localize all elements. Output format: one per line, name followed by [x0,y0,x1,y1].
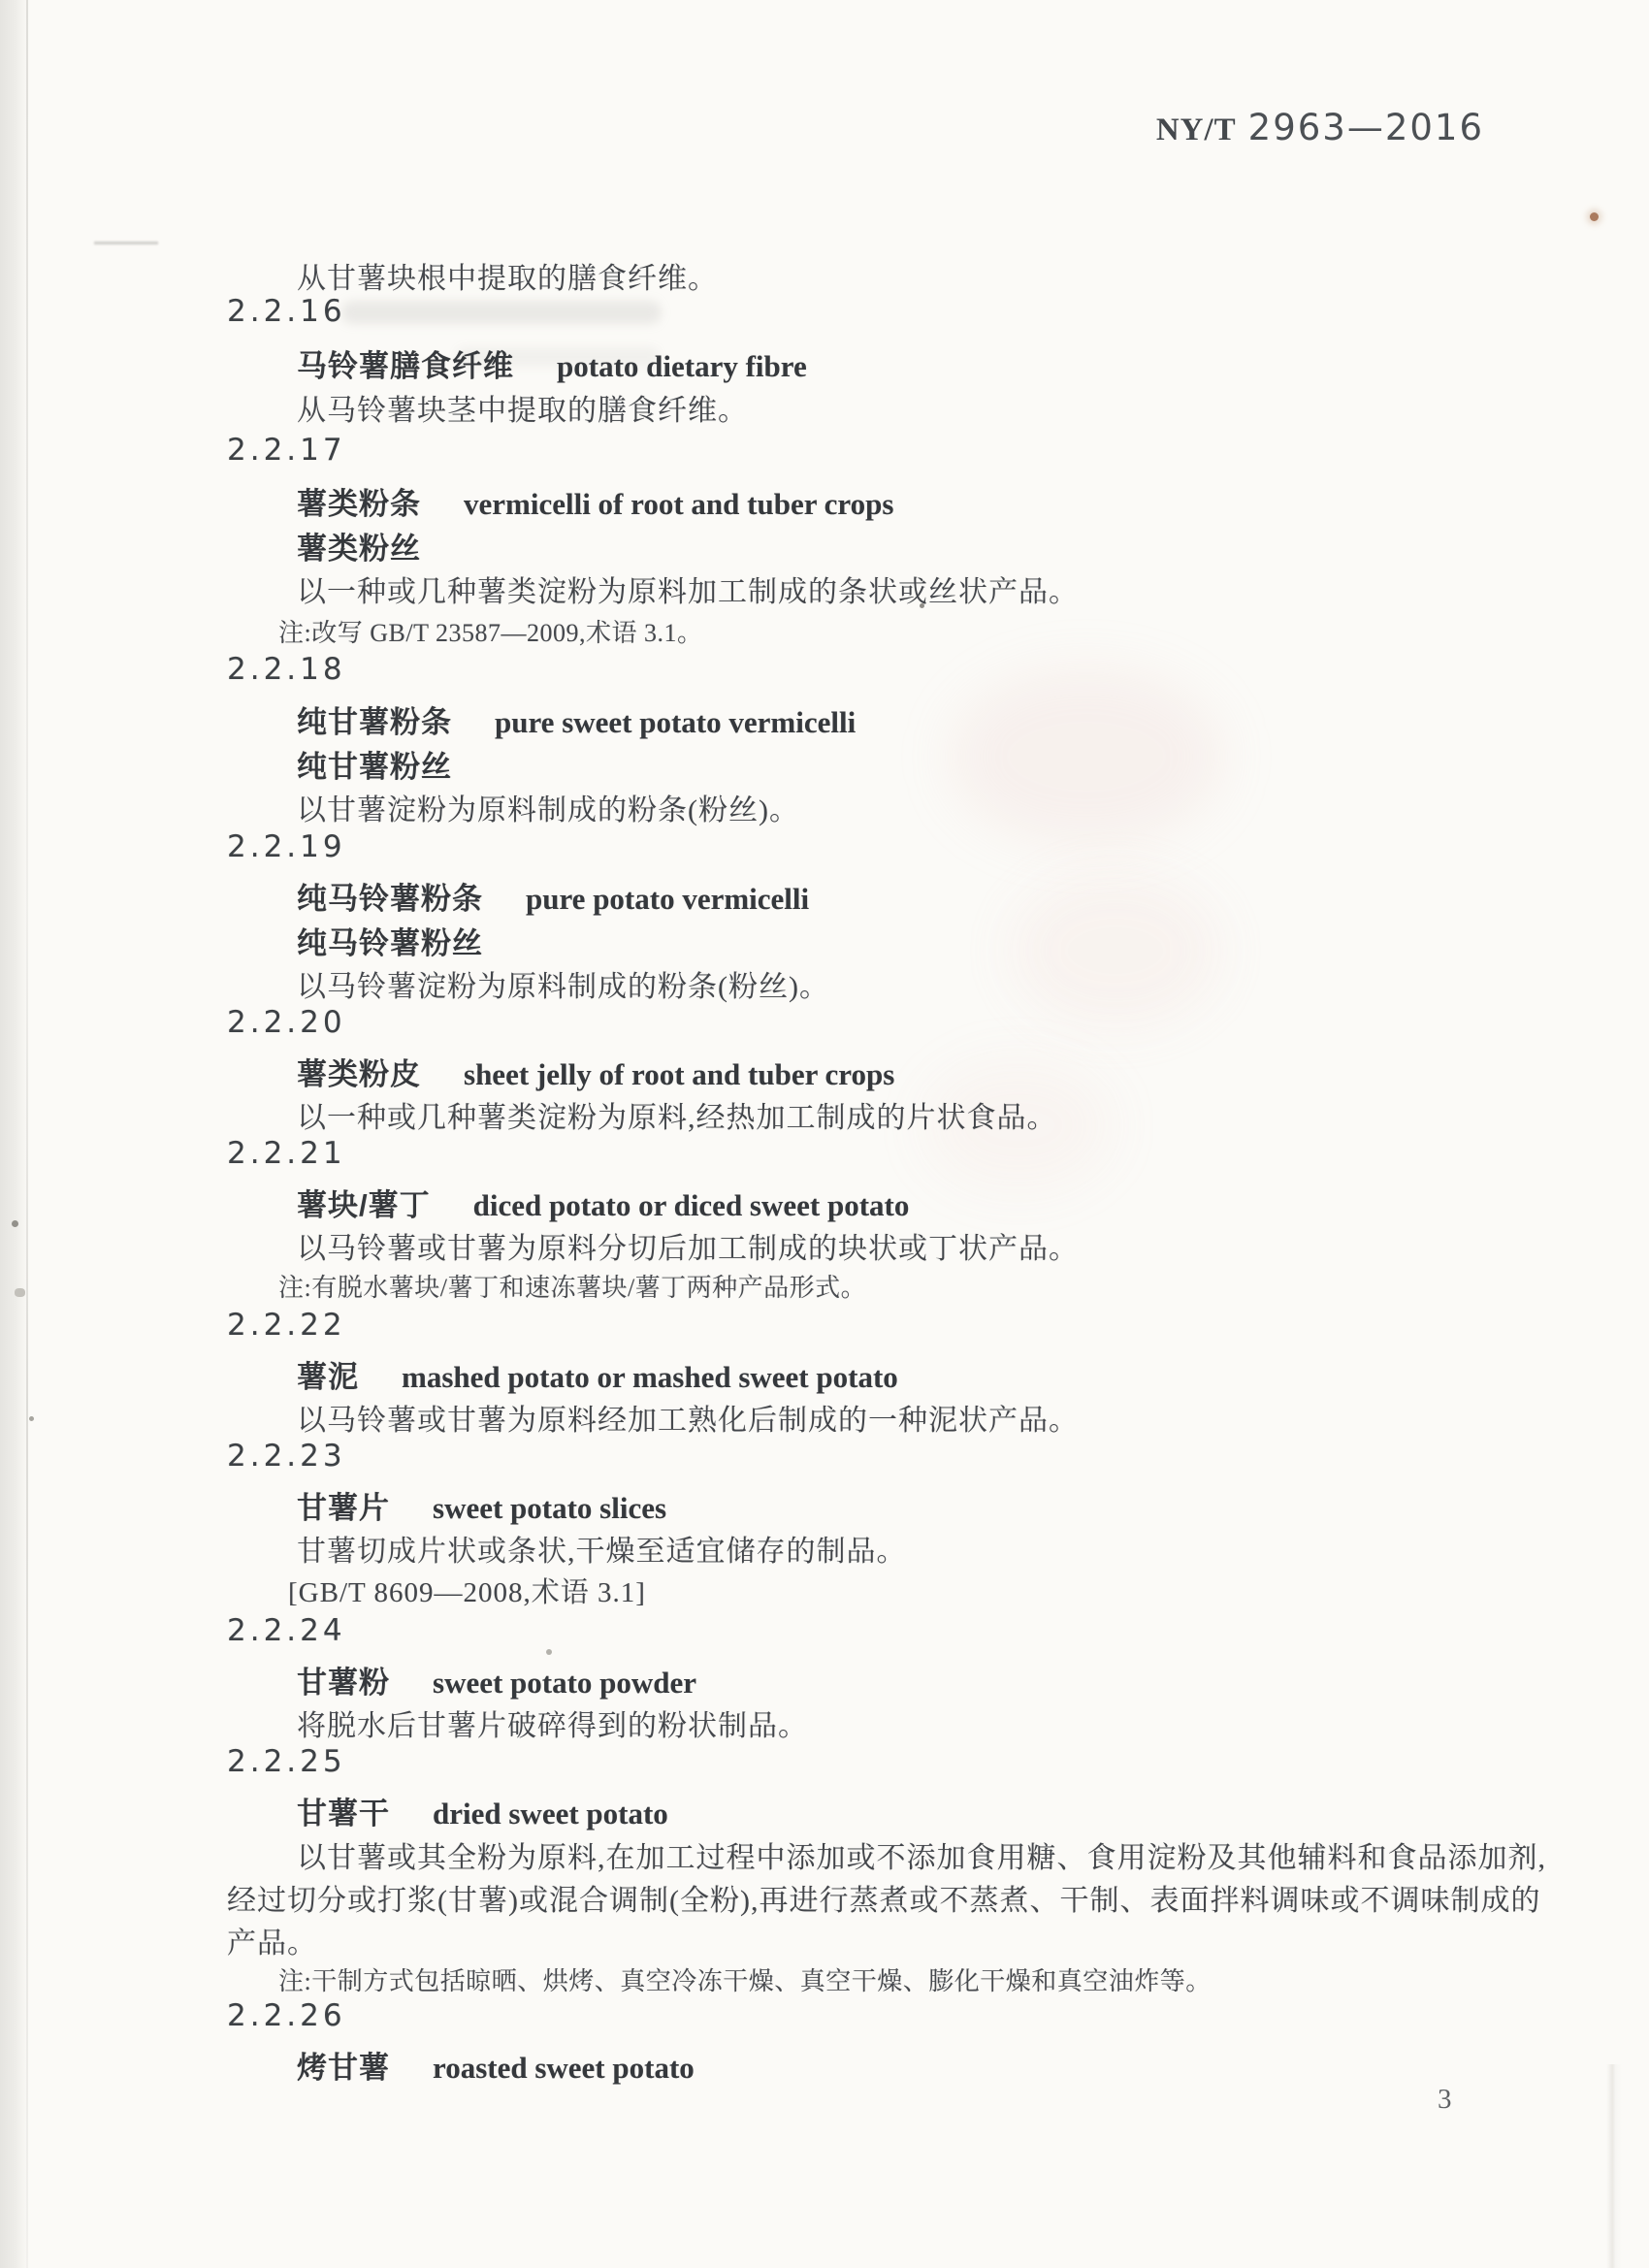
page-number: 3 [1438,2084,1452,2116]
scan-edge-left [0,0,29,2268]
section-number: 2.2.21 [227,1136,346,1171]
definition-line: 甘薯切成片状或条状,干燥至适宜储存的制品。 [297,1527,907,1570]
term-en: sweet potato powder [433,1666,696,1700]
stain-dot [1590,212,1599,221]
definition-line: 产品。 [227,1919,317,1961]
term-line: 薯泥mashed potato or mashed sweet potato [297,1352,898,1396]
term-zh: 烤甘薯 [297,2051,390,2085]
term-zh: 纯甘薯粉条 [297,705,452,739]
term-en: mashed potato or mashed sweet potato [402,1360,898,1394]
term-en: pure sweet potato vermicelli [495,705,856,739]
term-zh: 甘薯粉 [297,1666,390,1700]
term-line: 纯甘薯粉丝 [297,742,452,786]
term-zh: 薯块/薯丁 [297,1188,431,1222]
definition-line: 将脱水后甘薯片破碎得到的粉状制品。 [297,1701,808,1744]
term-zh: 薯类粉皮 [297,1057,421,1091]
section-number: 2.2.23 [227,1439,346,1474]
section-number: 2.2.19 [227,829,346,864]
term-en: sweet potato slices [433,1491,666,1525]
section-number: 2.2.17 [227,433,346,468]
term-line: 马铃薯膳食纤维potato dietary fibre [297,341,807,385]
standard-code-prefix: NY/T [1156,113,1237,147]
standard-code-header: NY/T2963—2016 [1156,107,1484,148]
term-zh: 纯马铃薯粉丝 [297,926,483,960]
reference-line: [GB/T 8609—2008,术语 3.1] [288,1571,646,1610]
term-zh: 薯类粉丝 [297,532,421,566]
definition-line: 以一种或几种薯类淀粉为原料加工制成的条状或丝状产品。 [297,567,1079,610]
bleed-through-smudge [1009,873,1222,1028]
scan-speck [29,1416,34,1421]
term-en: potato dietary fibre [557,349,807,383]
scan-speck [546,1649,552,1655]
scan-edge-right-bottom [1606,2064,1622,2268]
scan-speck [12,1220,18,1227]
definition-line: 以甘薯或其全粉为原料,在加工过程中添加或不添加食用糖、食用淀粉及其他辅料和食品添… [297,1833,1546,1876]
term-en: dried sweet potato [433,1797,668,1831]
term-line: 纯马铃薯粉丝 [297,919,483,962]
term-line: 烤甘薯roasted sweet potato [297,2043,695,2087]
term-en: sheet jelly of root and tuber crops [464,1057,894,1091]
definition-line: 以马铃薯或甘薯为原料分切后加工制成的块状或丁状产品。 [297,1224,1079,1267]
note-line: 注:干制方式包括晾晒、烘烤、真空冷冻干燥、真空干燥、膨化干燥和真空油炸等。 [278,1961,1212,1997]
definition-line: 以马铃薯淀粉为原料制成的粉条(粉丝)。 [297,962,829,1005]
term-line: 薯类粉条vermicelli of root and tuber crops [297,479,893,523]
note-line: 注:改写 GB/T 23587—2009,术语 3.1。 [278,613,702,649]
term-line: 纯马铃薯粉条pure potato vermicelli [297,874,809,918]
section-number: 2.2.22 [227,1308,346,1343]
section-number: 2.2.26 [227,1998,346,2033]
section-number: 2.2.18 [227,652,346,687]
term-zh: 甘薯干 [297,1797,390,1831]
term-line: 薯块/薯丁diced potato or diced sweet potato [297,1181,909,1224]
note-line: 注:有脱水薯块/薯丁和速冻薯块/薯丁两种产品形式。 [278,1268,866,1304]
term-line: 甘薯干dried sweet potato [297,1789,668,1832]
term-line: 纯甘薯粉条pure sweet potato vermicelli [297,697,856,741]
definition-line: 从马铃薯块茎中提取的膳食纤维。 [297,386,748,429]
scanned-document-page: NY/T2963—2016 从甘薯块根中提取的膳食纤维。2.2.16马铃薯膳食纤… [0,0,1649,2268]
definition-line: 以马铃薯或甘薯为原料经加工熟化后制成的一种泥状产品。 [297,1396,1079,1439]
term-zh: 甘薯片 [297,1491,390,1525]
term-line: 薯类粉丝 [297,524,421,567]
section-number: 2.2.25 [227,1744,346,1779]
standard-code-number: 2963—2016 [1248,107,1484,148]
term-line: 薯类粉皮sheet jelly of root and tuber crops [297,1050,894,1093]
term-en: pure potato vermicelli [526,882,809,916]
definition-line: 经过切分或打浆(甘薯)或混合调制(全粉),再进行蒸煮或不蒸煮、干制、表面拌料调味… [227,1876,1540,1919]
term-en: vermicelli of root and tuber crops [464,487,893,521]
scan-edge-left-line [26,0,28,2268]
term-line: 甘薯片sweet potato slices [297,1483,666,1527]
term-line: 甘薯粉sweet potato powder [297,1658,696,1701]
bleed-through-smudge [951,669,1222,844]
term-en: diced potato or diced sweet potato [473,1188,910,1222]
section-number: 2.2.20 [227,1005,346,1040]
term-zh: 纯甘薯粉丝 [297,750,452,784]
definition-line: 以一种或几种薯类淀粉为原料,经热加工制成的片状食品。 [297,1093,1057,1136]
scan-speck [15,1288,25,1297]
ghost-text-smudge [341,301,662,324]
term-zh: 纯马铃薯粉条 [297,882,483,916]
section-number: 2.2.16 [227,294,346,329]
definition-line: 从甘薯块根中提取的膳食纤维。 [297,254,718,297]
scan-dash-artifact [94,242,158,244]
section-number: 2.2.24 [227,1613,346,1648]
term-zh: 薯泥 [297,1360,359,1394]
term-zh: 薯类粉条 [297,487,421,521]
definition-line: 以甘薯淀粉为原料制成的粉条(粉丝)。 [297,786,799,828]
term-en: roasted sweet potato [433,2051,695,2085]
term-zh: 马铃薯膳食纤维 [297,349,514,383]
